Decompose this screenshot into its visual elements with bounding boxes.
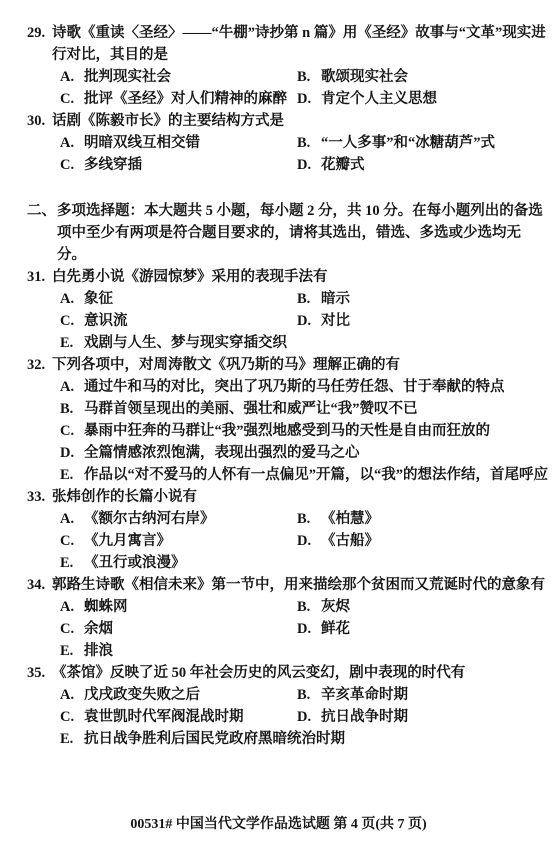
option-35-e-label: E. — [60, 728, 84, 750]
option-29-b: B.歌颂现实社会 — [297, 66, 549, 88]
option-33-c-label: C. — [60, 530, 84, 552]
question-34-options: A.蜘蛛网 B.灰烬 C.余烟 D.鲜花 E.排浪 — [60, 596, 549, 662]
question-31-stem: 白先勇小说《游园惊梦》采用的表现手法有 — [52, 269, 328, 285]
exam-page: 29.诗歌《重读〈圣经〉——“牛棚”诗抄第 n 篇》用《圣经》故事与“文革”现实… — [0, 0, 557, 846]
option-31-a-label: A. — [60, 288, 84, 310]
question-35: 35.《茶馆》反映了近 50 年社会历史的风云变幻，剧中表现的时代有 A.戊戌政… — [27, 662, 549, 750]
option-29-c-label: C. — [60, 88, 84, 110]
question-29: 29.诗歌《重读〈圣经〉——“牛棚”诗抄第 n 篇》用《圣经》故事与“文革”现实… — [27, 22, 549, 110]
question-31-options: A.象征 B.暗示 C.意识流 D.对比 E.戏剧与人生、梦与现实穿插交织 — [60, 288, 549, 354]
option-35-c-text: 袁世凯时代军阀混战时期 — [84, 709, 244, 725]
question-30: 30.话剧《陈毅市长》的主要结构方式是 A.明暗双线互相交错 B.“一人多事”和… — [27, 110, 549, 176]
option-35-c-label: C. — [60, 706, 84, 728]
option-29-c-text: 批评《圣经》对人们精神的麻醉 — [84, 91, 287, 107]
question-34: 34.郭路生诗歌《相信未来》第一节中，用来描绘那个贫困而又荒诞时代的意象有 A.… — [27, 574, 549, 662]
option-30-c-label: C. — [60, 154, 84, 176]
option-32-e-label: E. — [60, 464, 84, 486]
option-32-a-text: 通过牛和马的对比，突出了巩乃斯的马任劳任怨、甘于奉献的特点 — [84, 379, 505, 395]
option-34-a-text: 蜘蛛网 — [84, 599, 128, 615]
question-29-stem-line: 29.诗歌《重读〈圣经〉——“牛棚”诗抄第 n 篇》用《圣经》故事与“文革”现实… — [27, 22, 549, 66]
section-2-marker: 二、 — [27, 200, 57, 222]
option-33-e-label: E. — [60, 552, 84, 574]
option-33-c: C.《九月寓言》 — [60, 530, 297, 552]
option-35-a: A.戊戌政变失败之后 — [60, 684, 297, 706]
option-29-b-text: 歌颂现实社会 — [321, 69, 408, 85]
option-33-a-label: A. — [60, 508, 84, 530]
question-33: 33.张炜创作的长篇小说有 A.《额尔古纳河右岸》 B.《柏慧》 C.《九月寓言… — [27, 486, 549, 574]
option-34-d: D.鲜花 — [297, 618, 549, 640]
option-35-d-label: D. — [297, 706, 321, 728]
option-30-d-label: D. — [297, 154, 321, 176]
option-30-a-text: 明暗双线互相交错 — [84, 135, 200, 151]
question-33-options: A.《额尔古纳河右岸》 B.《柏慧》 C.《九月寓言》 D.《古船》 E.《丑行… — [60, 508, 549, 574]
section-2-text: 多项选择题：本大题共 5 小题，每小题 2 分，共 10 分。在每小题列出的备选… — [57, 203, 543, 263]
option-29-a-label: A. — [60, 66, 84, 88]
option-31-d-label: D. — [297, 310, 321, 332]
option-33-b-text: 《柏慧》 — [321, 511, 379, 527]
question-30-number: 30. — [27, 110, 52, 132]
question-31-stem-line: 31.白先勇小说《游园惊梦》采用的表现手法有 — [27, 266, 549, 288]
option-34-d-text: 鲜花 — [321, 621, 350, 637]
question-31-number: 31. — [27, 266, 52, 288]
option-32-b: B.马群首领呈现出的美丽、强壮和威严让“我”赞叹不已 — [60, 398, 549, 420]
option-33-d-text: 《古船》 — [321, 533, 379, 549]
option-29-a: A.批判现实社会 — [60, 66, 297, 88]
option-29-b-label: B. — [297, 66, 321, 88]
option-31-d: D.对比 — [297, 310, 549, 332]
option-31-e-label: E. — [60, 332, 84, 354]
question-32-stem-line: 32.下列各项中，对周涛散文《巩乃斯的马》理解正确的有 — [27, 354, 549, 376]
question-32-options: A.通过牛和马的对比，突出了巩乃斯的马任劳任怨、甘于奉献的特点 B.马群首领呈现… — [60, 376, 549, 486]
option-35-b-text: 辛亥革命时期 — [321, 687, 408, 703]
option-31-b-label: B. — [297, 288, 321, 310]
question-31: 31.白先勇小说《游园惊梦》采用的表现手法有 A.象征 B.暗示 C.意识流 D… — [27, 266, 549, 354]
option-32-c: C.暴雨中狂奔的马群让“我”强烈地感受到马的天性是自由而狂放的 — [60, 420, 549, 442]
option-30-d-text: 花瓣式 — [321, 157, 365, 173]
option-32-e-text: 作品以“对不爱马的人怀有一点偏见”开篇，以“我”的想法作结，首尾呼应 — [84, 467, 548, 483]
option-35-e-text: 抗日战争胜利后国民党政府黑暗统治时期 — [84, 731, 345, 747]
question-29-number: 29. — [27, 22, 52, 44]
option-29-d-label: D. — [297, 88, 321, 110]
option-30-b: B.“一人多事”和“冰糖葫芦”式 — [297, 132, 549, 154]
option-32-c-text: 暴雨中狂奔的马群让“我”强烈地感受到马的天性是自由而狂放的 — [84, 423, 490, 439]
question-32: 32.下列各项中，对周涛散文《巩乃斯的马》理解正确的有 A.通过牛和马的对比，突… — [27, 354, 549, 486]
question-35-number: 35. — [27, 662, 52, 684]
option-32-d-label: D. — [60, 442, 84, 464]
question-30-stem: 话剧《陈毅市长》的主要结构方式是 — [52, 113, 284, 129]
option-34-b-text: 灰烬 — [321, 599, 350, 615]
option-33-a: A.《额尔古纳河右岸》 — [60, 508, 297, 530]
option-34-e-label: E. — [60, 640, 84, 662]
option-32-d: D.全篇情感浓烈饱满，表现出强烈的爱马之心 — [60, 442, 549, 464]
option-34-a-label: A. — [60, 596, 84, 618]
option-31-a-text: 象征 — [84, 291, 113, 307]
option-31-e: E.戏剧与人生、梦与现实穿插交织 — [60, 332, 549, 354]
question-33-stem: 张炜创作的长篇小说有 — [52, 489, 197, 505]
option-29-d-text: 肯定个人主义思想 — [321, 91, 437, 107]
option-32-b-label: B. — [60, 398, 84, 420]
option-31-b-text: 暗示 — [321, 291, 350, 307]
option-33-c-text: 《九月寓言》 — [84, 533, 171, 549]
option-35-a-label: A. — [60, 684, 84, 706]
option-30-d: D.花瓣式 — [297, 154, 549, 176]
option-33-a-text: 《额尔古纳河右岸》 — [84, 511, 215, 527]
option-34-c: C.余烟 — [60, 618, 297, 640]
option-31-c-label: C. — [60, 310, 84, 332]
option-30-a: A.明暗双线互相交错 — [60, 132, 297, 154]
option-33-b: B.《柏慧》 — [297, 508, 549, 530]
option-31-e-text: 戏剧与人生、梦与现实穿插交织 — [84, 335, 287, 351]
option-30-c-text: 多线穿插 — [84, 157, 142, 173]
option-34-b: B.灰烬 — [297, 596, 549, 618]
option-34-a: A.蜘蛛网 — [60, 596, 297, 618]
option-35-d: D.抗日战争时期 — [297, 706, 549, 728]
option-32-b-text: 马群首领呈现出的美丽、强壮和威严让“我”赞叹不已 — [84, 401, 418, 417]
question-34-number: 34. — [27, 574, 52, 596]
option-29-c: C.批评《圣经》对人们精神的麻醉 — [60, 88, 297, 110]
option-33-d: D.《古船》 — [297, 530, 549, 552]
question-32-number: 32. — [27, 354, 52, 376]
option-35-a-text: 戊戌政变失败之后 — [84, 687, 200, 703]
question-30-stem-line: 30.话剧《陈毅市长》的主要结构方式是 — [27, 110, 549, 132]
option-35-b: B.辛亥革命时期 — [297, 684, 549, 706]
question-34-stem: 郭路生诗歌《相信未来》第一节中，用来描绘那个贫困而又荒诞时代的意象有 — [52, 577, 545, 593]
option-30-a-label: A. — [60, 132, 84, 154]
option-30-b-label: B. — [297, 132, 321, 154]
option-35-d-text: 抗日战争时期 — [321, 709, 408, 725]
question-33-number: 33. — [27, 486, 52, 508]
option-35-e: E.抗日战争胜利后国民党政府黑暗统治时期 — [60, 728, 549, 750]
question-32-stem: 下列各项中，对周涛散文《巩乃斯的马》理解正确的有 — [52, 357, 400, 373]
option-34-d-label: D. — [297, 618, 321, 640]
option-33-b-label: B. — [297, 508, 321, 530]
option-32-a: A.通过牛和马的对比，突出了巩乃斯的马任劳任怨、甘于奉献的特点 — [60, 376, 549, 398]
question-30-options: A.明暗双线互相交错 B.“一人多事”和“冰糖葫芦”式 C.多线穿插 D.花瓣式 — [60, 132, 549, 176]
option-30-b-text: “一人多事”和“冰糖葫芦”式 — [321, 135, 495, 151]
option-31-c: C.意识流 — [60, 310, 297, 332]
option-32-c-label: C. — [60, 420, 84, 442]
option-29-a-text: 批判现实社会 — [84, 69, 171, 85]
page-footer: 00531# 中国当代文学作品选试题 第 4 页(共 7 页) — [0, 814, 557, 836]
option-32-a-label: A. — [60, 376, 84, 398]
option-31-c-text: 意识流 — [84, 313, 128, 329]
option-31-d-text: 对比 — [321, 313, 350, 329]
option-34-e-text: 排浪 — [84, 643, 113, 659]
section-2-header: 二、多项选择题：本大题共 5 小题，每小题 2 分，共 10 分。在每小题列出的… — [27, 200, 549, 266]
question-35-stem-line: 35.《茶馆》反映了近 50 年社会历史的风云变幻，剧中表现的时代有 — [27, 662, 549, 684]
option-31-a: A.象征 — [60, 288, 297, 310]
question-29-stem: 诗歌《重读〈圣经〉——“牛棚”诗抄第 n 篇》用《圣经》故事与“文革”现实进行对… — [52, 25, 546, 63]
option-34-b-label: B. — [297, 596, 321, 618]
option-34-c-label: C. — [60, 618, 84, 640]
question-35-options: A.戊戌政变失败之后 B.辛亥革命时期 C.袁世凯时代军阀混战时期 D.抗日战争… — [60, 684, 549, 750]
option-35-b-label: B. — [297, 684, 321, 706]
question-29-options: A.批判现实社会 B.歌颂现实社会 C.批评《圣经》对人们精神的麻醉 D.肯定个… — [60, 66, 549, 110]
option-34-c-text: 余烟 — [84, 621, 113, 637]
option-34-e: E.排浪 — [60, 640, 549, 662]
option-33-e: E.《丑行或浪漫》 — [60, 552, 549, 574]
question-34-stem-line: 34.郭路生诗歌《相信未来》第一节中，用来描绘那个贫困而又荒诞时代的意象有 — [27, 574, 549, 596]
option-30-c: C.多线穿插 — [60, 154, 297, 176]
option-29-d: D.肯定个人主义思想 — [297, 88, 549, 110]
option-33-d-label: D. — [297, 530, 321, 552]
option-33-e-text: 《丑行或浪漫》 — [84, 555, 186, 571]
question-33-stem-line: 33.张炜创作的长篇小说有 — [27, 486, 549, 508]
question-35-stem: 《茶馆》反映了近 50 年社会历史的风云变幻，剧中表现的时代有 — [52, 665, 465, 681]
option-31-b: B.暗示 — [297, 288, 549, 310]
option-32-d-text: 全篇情感浓烈饱满，表现出强烈的爱马之心 — [84, 445, 360, 461]
option-35-c: C.袁世凯时代军阀混战时期 — [60, 706, 297, 728]
option-32-e: E.作品以“对不爱马的人怀有一点偏见”开篇，以“我”的想法作结，首尾呼应 — [60, 464, 549, 486]
